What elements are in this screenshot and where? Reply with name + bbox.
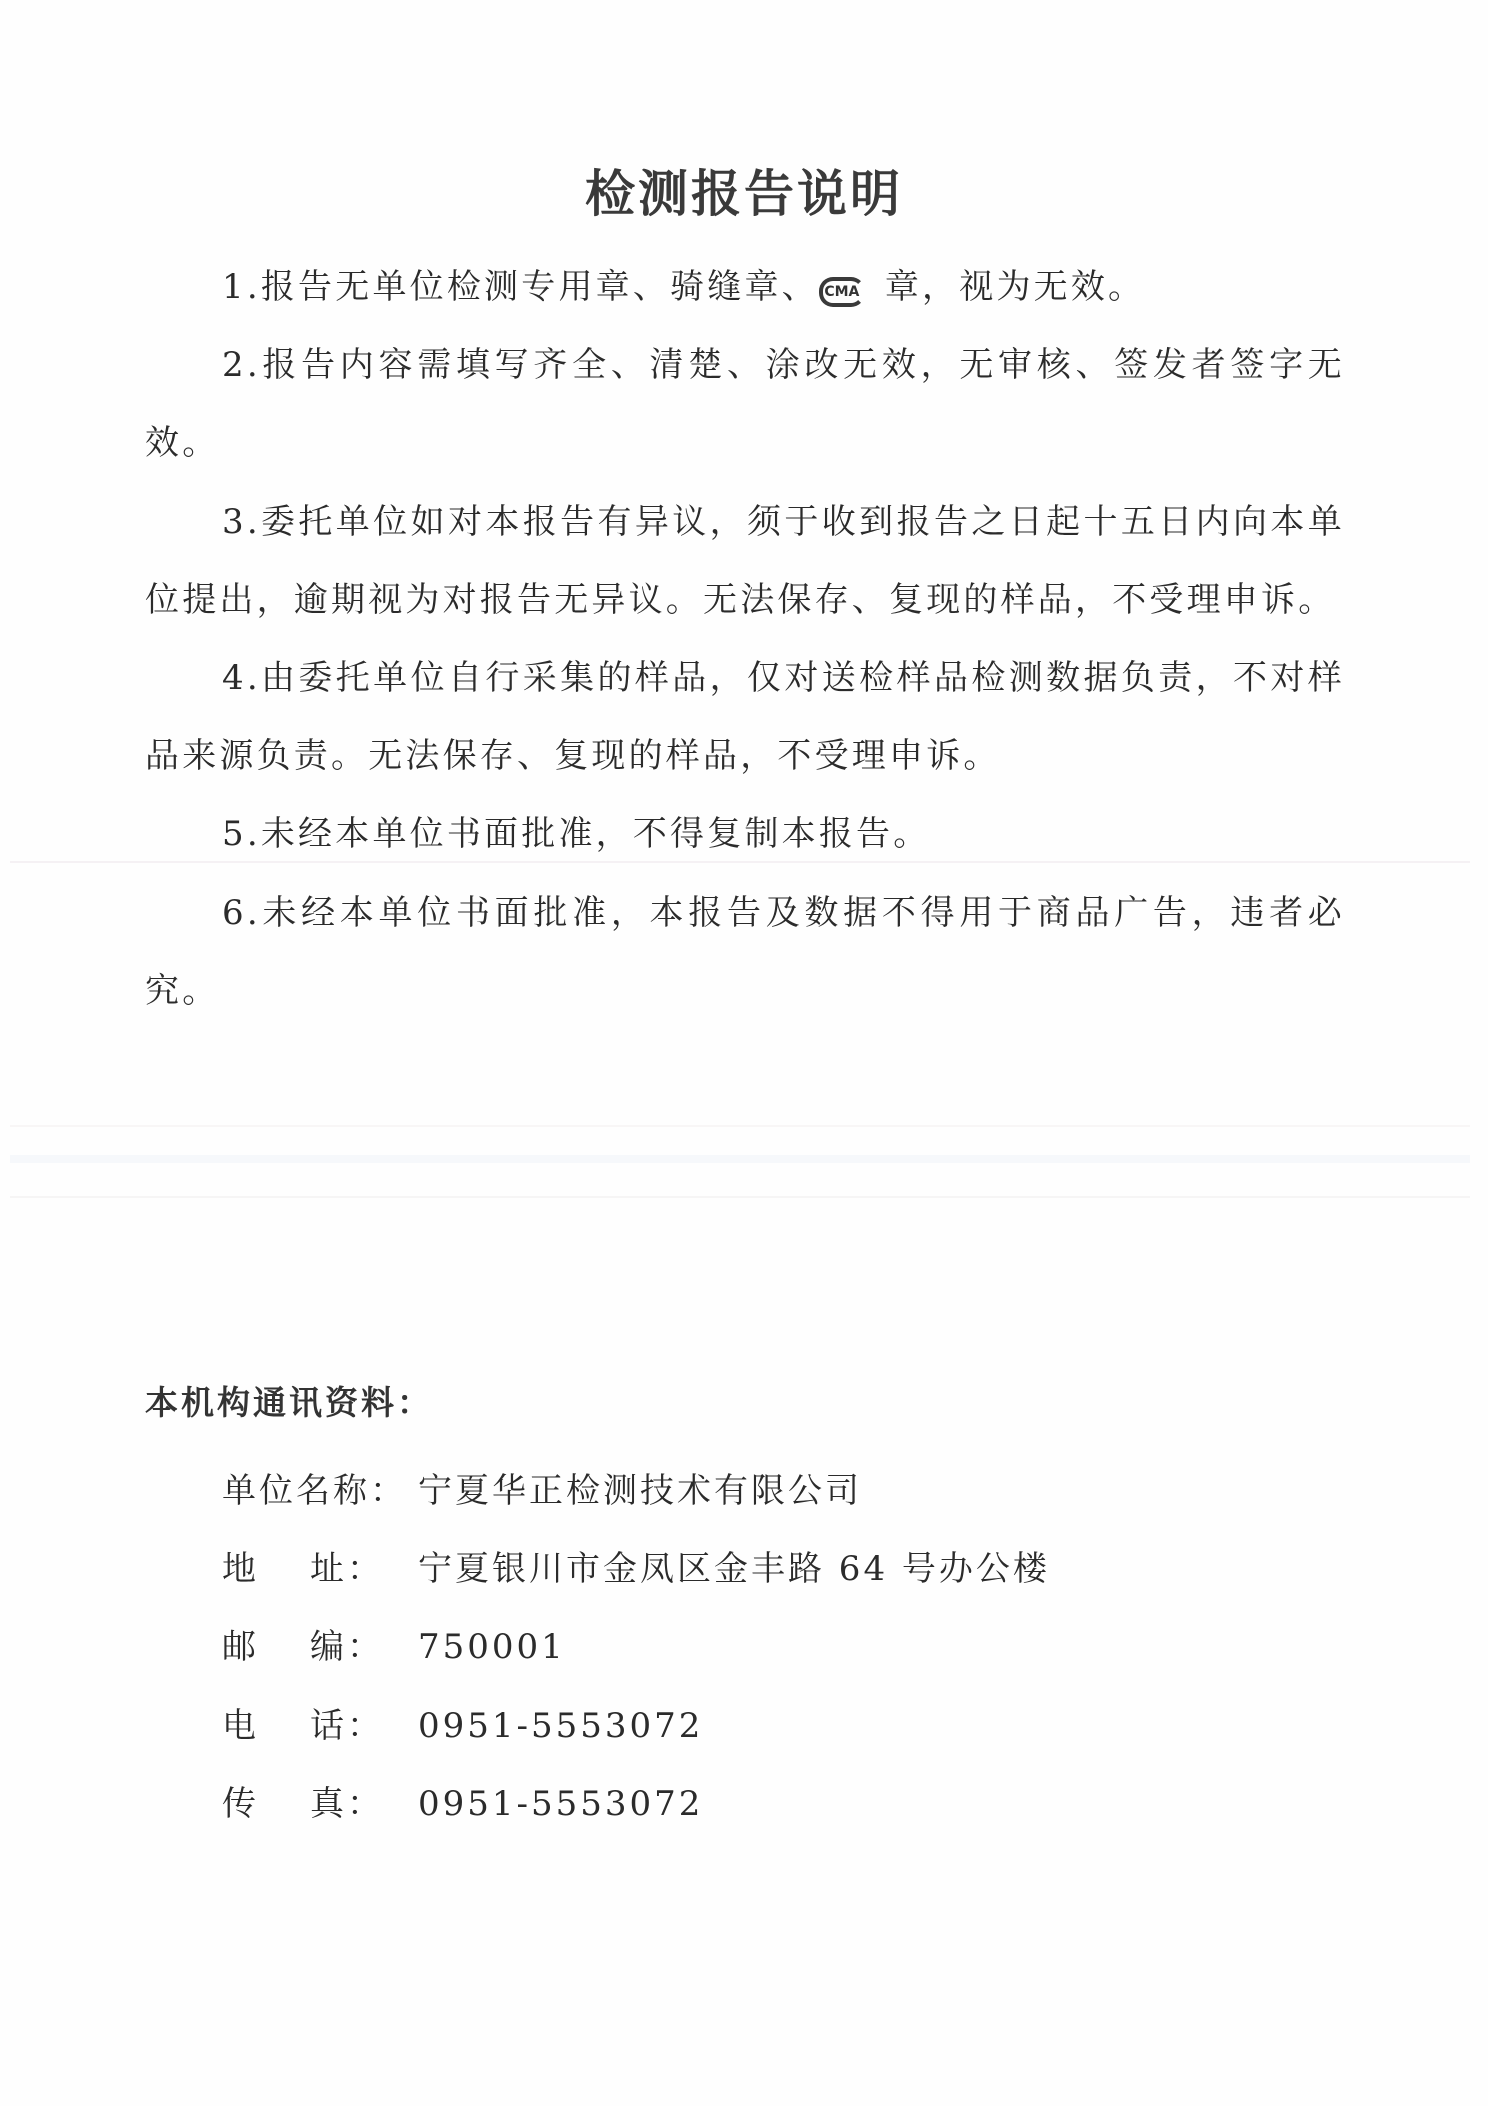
contact-row-postcode: 邮编： 750001 bbox=[222, 1608, 1050, 1686]
note-paragraph-6: 6.未经本单位书面批准，本报告及数据不得用于商品广告，违者必究。 bbox=[145, 874, 1345, 1030]
note-paragraph-1: 1.报告无单位检测专用章、骑缝章、CMA 章，视为无效。 bbox=[145, 248, 1345, 326]
contact-label-postcode-char2: 编： bbox=[310, 1608, 384, 1686]
note-paragraph-4: 4.由委托单位自行采集的样品，仅对送检样品检测数据负责，不对样品来源负责。无法保… bbox=[145, 639, 1345, 795]
contact-label-fax-char2: 真： bbox=[310, 1765, 384, 1843]
contact-label-address-char1: 地 bbox=[222, 1530, 259, 1608]
contact-row-company-name: 单位名称： 宁夏华正检测技术有限公司 bbox=[222, 1452, 1050, 1530]
scan-artifact-line bbox=[10, 1196, 1470, 1198]
report-notes: 1.报告无单位检测专用章、骑缝章、CMA 章，视为无效。 2.报告内容需填写齐全… bbox=[145, 248, 1345, 1030]
note-paragraph-3: 3.委托单位如对本报告有异议，须于收到报告之日起十五日内向本单位提出，逾期视为对… bbox=[145, 483, 1345, 639]
contact-value-company-name: 宁夏华正检测技术有限公司 bbox=[418, 1452, 862, 1530]
contact-heading: 本机构通讯资料： bbox=[145, 1378, 433, 1428]
contact-info-list: 单位名称： 宁夏华正检测技术有限公司 地址： 宁夏银川市金凤区金丰路 64 号办… bbox=[222, 1452, 1050, 1843]
contact-label-phone-char1: 电 bbox=[222, 1687, 259, 1765]
note-1-text-end: 章，视为无效。 bbox=[871, 267, 1145, 307]
contact-label-postcode-char1: 邮 bbox=[222, 1608, 259, 1686]
contact-label-postcode: 邮编： bbox=[222, 1608, 384, 1686]
contact-value-address: 宁夏银川市金凤区金丰路 64 号办公楼 bbox=[418, 1530, 1050, 1608]
contact-row-address: 地址： 宁夏银川市金凤区金丰路 64 号办公楼 bbox=[222, 1530, 1050, 1608]
page-title: 检测报告说明 bbox=[0, 162, 1488, 226]
contact-label-address-char2: 址： bbox=[310, 1530, 384, 1608]
contact-label-phone-char2: 话： bbox=[310, 1687, 384, 1765]
scan-artifact-line bbox=[10, 1155, 1470, 1163]
note-paragraph-2: 2.报告内容需填写齐全、清楚、涂改无效，无审核、签发者签字无效。 bbox=[145, 326, 1345, 482]
contact-label-fax: 传真： bbox=[222, 1765, 384, 1843]
document-page: 检测报告说明 1.报告无单位检测专用章、骑缝章、CMA 章，视为无效。 2.报告… bbox=[0, 0, 1488, 2106]
scan-artifact-line bbox=[10, 1125, 1470, 1127]
note-1-text-start: 1.报告无单位检测专用章、骑缝章、 bbox=[222, 267, 819, 307]
contact-row-fax: 传真： 0951-5553072 bbox=[222, 1765, 1050, 1843]
contact-value-postcode: 750001 bbox=[418, 1608, 566, 1686]
contact-label-address: 地址： bbox=[222, 1530, 384, 1608]
contact-label-company-name: 单位名称： bbox=[222, 1452, 418, 1530]
contact-label-fax-char1: 传 bbox=[222, 1765, 259, 1843]
cma-mark-label: CMA bbox=[824, 285, 859, 299]
contact-row-phone: 电话： 0951-5553072 bbox=[222, 1687, 1050, 1765]
cma-certification-icon: CMA bbox=[819, 277, 865, 307]
note-paragraph-5: 5.未经本单位书面批准，不得复制本报告。 bbox=[145, 795, 1345, 873]
contact-value-phone: 0951-5553072 bbox=[418, 1687, 703, 1765]
contact-value-fax: 0951-5553072 bbox=[418, 1765, 703, 1843]
contact-label-phone: 电话： bbox=[222, 1687, 384, 1765]
